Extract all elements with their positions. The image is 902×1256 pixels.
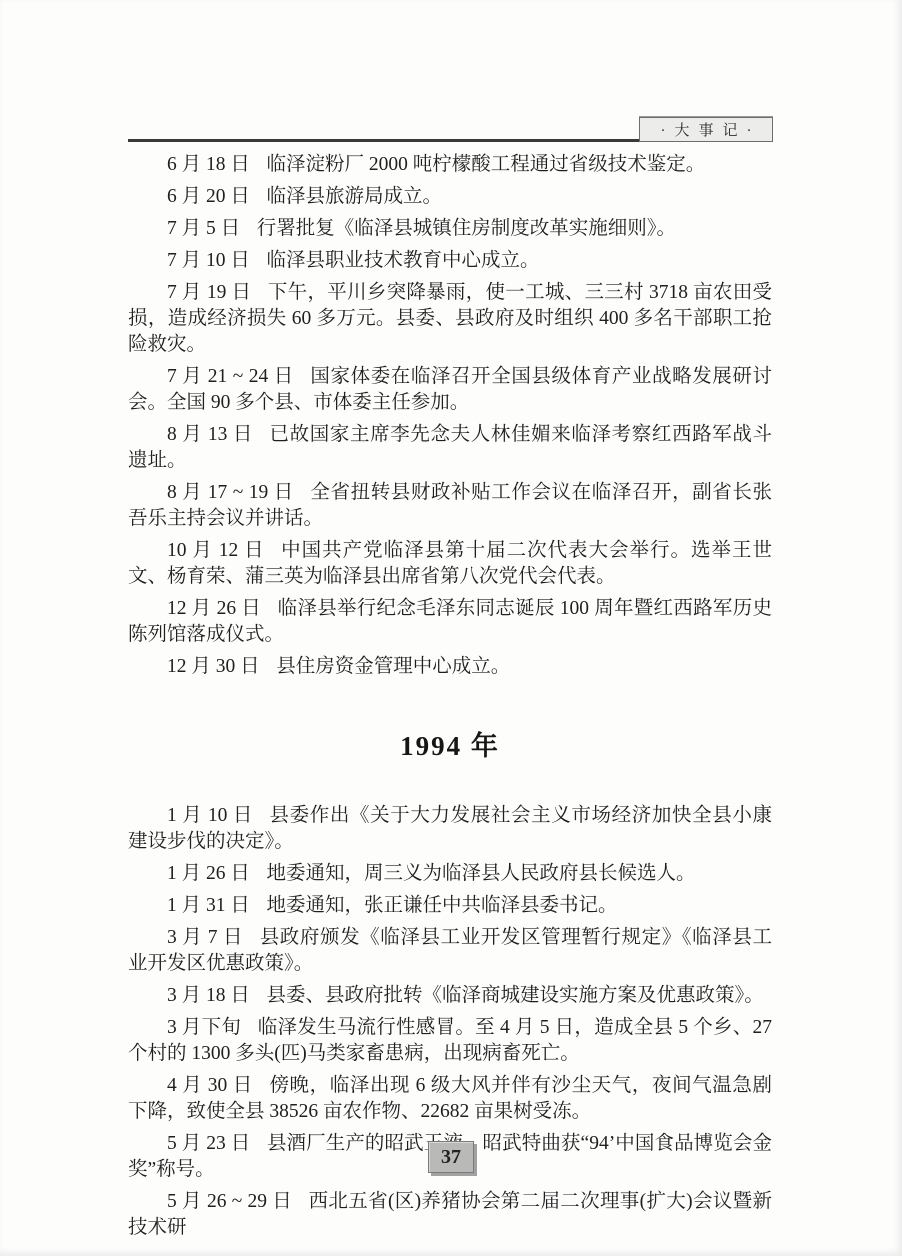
chronicle-body: 6 月 18 日临泽淀粉厂 2000 吨柠檬酸工程通过省级技术鉴定。 6 月 2… — [128, 152, 772, 1247]
event-entry: 8 月 17 ~ 19 日全省扭转县财政补贴工作会议在临泽召开，副省长张吾乐主持… — [128, 480, 772, 532]
event-entry: 4 月 30 日傍晚，临泽出现 6 级大风并伴有沙尘天气，夜间气温急剧下降，致使… — [128, 1073, 772, 1125]
event-date: 5 月 26 ~ 29 日 — [167, 1191, 292, 1212]
event-date: 1 月 26 日 — [167, 863, 250, 884]
event-date: 12 月 26 日 — [167, 598, 261, 619]
event-text: 临泽淀粉厂 2000 吨柠檬酸工程通过省级技术鉴定。 — [266, 154, 705, 175]
event-date: 4 月 30 日 — [167, 1075, 253, 1096]
event-entry: 1 月 26 日地委通知，周三义为临泽县人民政府县长候选人。 — [128, 861, 772, 887]
event-entry: 6 月 18 日临泽淀粉厂 2000 吨柠檬酸工程通过省级技术鉴定。 — [128, 152, 772, 178]
page-number: 37 — [441, 1146, 461, 1169]
event-date: 7 月 19 日 — [167, 282, 251, 303]
event-entry: 1 月 31 日地委通知，张正谦任中共临泽县委书记。 — [128, 893, 772, 919]
event-date: 7 月 21 ~ 24 日 — [167, 366, 294, 387]
event-date: 10 月 12 日 — [167, 540, 265, 561]
event-entry: 7 月 5 日行署批复《临泽县城镇住房制度改革实施细则》。 — [128, 216, 772, 242]
event-date: 1 月 31 日 — [167, 895, 250, 916]
year-section-heading: 1994 年 — [128, 724, 772, 763]
event-date: 6 月 18 日 — [167, 154, 250, 175]
event-text: 地委通知，周三义为临泽县人民政府县长候选人。 — [266, 863, 695, 884]
event-entry: 7 月 21 ~ 24 日国家体委在临泽召开全国县级体育产业战略发展研讨会。全国… — [128, 364, 772, 416]
event-entry: 8 月 13 日已故国家主席李先念夫人林佳媚来临泽考察红西路军战斗遗址。 — [128, 422, 772, 474]
event-entry: 1 月 10 日县委作出《关于大力发展社会主义市场经济加快全县小康建设步伐的决定… — [128, 803, 772, 855]
event-text: 县委、县政府批转《临泽商城建设实施方案及优惠政策》。 — [266, 985, 763, 1006]
event-entry: 12 月 26 日临泽县举行纪念毛泽东同志诞辰 100 周年暨红西路军历史陈列馆… — [128, 596, 772, 648]
event-entry: 7 月 10 日临泽县职业技术教育中心成立。 — [128, 248, 772, 274]
running-head-tab: ·大事记· — [639, 117, 773, 142]
event-date: 3 月 18 日 — [167, 985, 250, 1006]
event-date: 7 月 5 日 — [167, 218, 240, 239]
event-date: 3 月下旬 — [167, 1017, 241, 1038]
event-text: 县住房资金管理中心成立。 — [276, 656, 510, 677]
event-date: 3 月 7 日 — [167, 927, 243, 948]
event-date: 1 月 10 日 — [167, 805, 253, 826]
event-entry: 6 月 20 日临泽县旅游局成立。 — [128, 184, 772, 210]
event-date: 8 月 13 日 — [167, 424, 253, 445]
running-head-label: ·大事记· — [652, 119, 761, 140]
event-entry: 5 月 26 ~ 29 日西北五省(区)养猪协会第二届二次理事(扩大)会议暨新技… — [128, 1189, 772, 1241]
event-text: 行署批复《临泽县城镇住房制度改革实施细则》。 — [257, 218, 676, 239]
event-date: 7 月 10 日 — [167, 250, 250, 271]
page-number-box: 37 — [428, 1141, 474, 1173]
event-entry: 3 月 7 日县政府颁发《临泽县工业开发区管理暂行规定》《临泽县工业开发区优惠政… — [128, 925, 772, 977]
page-header-rule: ·大事记· — [128, 114, 772, 142]
event-date: 5 月 23 日 — [167, 1133, 250, 1154]
event-entry: 3 月下旬临泽发生马流行性感冒。至 4 月 5 日，造成全县 5 个乡、27 个… — [128, 1015, 772, 1067]
event-entry: 10 月 12 日中国共产党临泽县第十届二次代表大会举行。选举王世文、杨育荣、蒲… — [128, 538, 772, 590]
event-text: 临泽县旅游局成立。 — [266, 186, 442, 207]
event-date: 12 月 30 日 — [167, 656, 260, 677]
event-text: 临泽县职业技术教育中心成立。 — [266, 250, 539, 271]
event-entry: 12 月 30 日县住房资金管理中心成立。 — [128, 654, 772, 680]
event-text: 地委通知，张正谦任中共临泽县委书记。 — [266, 895, 617, 916]
event-date: 8 月 17 ~ 19 日 — [167, 482, 294, 503]
event-date: 6 月 20 日 — [167, 186, 250, 207]
event-entry: 3 月 18 日县委、县政府批转《临泽商城建设实施方案及优惠政策》。 — [128, 983, 772, 1009]
event-entry: 7 月 19 日下午，平川乡突降暴雨，使一工城、三三村 3718 亩农田受损，造… — [128, 280, 772, 358]
scanned-book-page: ·大事记· 6 月 18 日临泽淀粉厂 2000 吨柠檬酸工程通过省级技术鉴定。… — [0, 0, 902, 1256]
